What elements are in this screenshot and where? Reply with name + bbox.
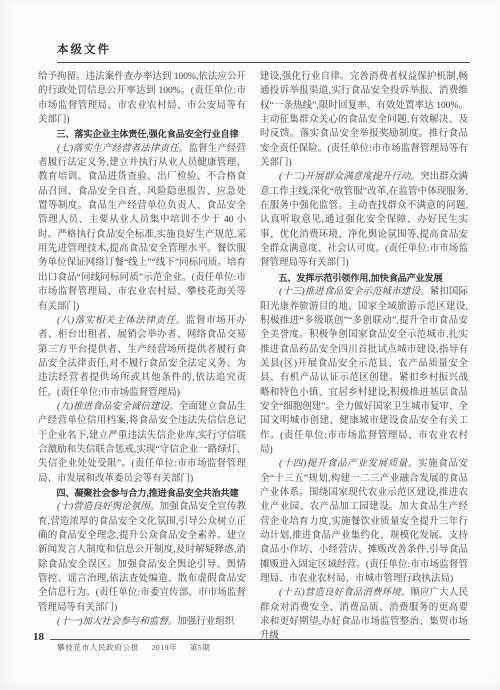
publication-issue: 第5期 [190,643,211,652]
paragraph: (十一)加大社会参与和监督。加强行业组织 [38,615,246,629]
publication-name: 攀枝花市人民政府公报 [57,643,139,652]
paragraph-lead: (七)落实生产经营者法律责任。 [57,144,188,154]
section-heading: 四、凝聚社会参与合力,推进食品安全共治共建 [38,486,246,500]
footer-rule [50,639,470,640]
section-heading: 三、落实企业主体责任,强化食品安全行业自律 [38,127,246,141]
paragraph-lead: (十二)开展群众满意度提升行动。 [279,172,420,182]
page-footer: 攀枝花市人民政府公报 2019年 第5期 [57,642,221,653]
paragraph-lead: (十五)营造良好食品消费环境。 [279,588,410,598]
paragraph: (十四)提升食品产业发展质量。实施食品安全“十三五”规划,构建一二三产业融合发展… [260,457,468,586]
paragraph: 建设,强化行业自律。完善消费者权益保护机制,畅通投诉举报渠道,实行食品安全投诉举… [260,70,468,170]
paragraph-lead: (十三)推进食品安全示范城市建设。 [279,287,430,297]
gazette-page: 本级文件 给予拘留。违法案件查办率达到 100%,依法应公开的行政处罚信息公开率… [0,0,500,690]
paragraph: (十二)开展群众满意度提升行动。突出群众满意工作主线,深化“放管服”改革,在监管… [260,170,468,270]
paragraph-lead: (十)营造良好舆论氛围。 [57,502,160,512]
section-heading: 五、发挥示范引领作用,加快食品产业发展 [260,271,468,285]
paragraph: (七)落实生产经营者法律责任。监督生产经营者履行法定义务,建立并执行从业人员健康… [38,142,246,314]
paragraph: (十)营造良好舆论氛围。加强食品安全宣传教育,营造浓厚的食品安全文化氛围,引导公… [38,500,246,615]
page-header: 本级文件 [57,40,470,63]
paragraph-lead: (八)落实相关主体法律责任。 [57,316,186,326]
paragraph: (八)落实相关主体法律责任。监督市场开办者、柜台出租者、展销会举办者、网络食品交… [38,314,246,400]
right-column: 建设,强化行业自律。完善消费者权益保护机制,畅通投诉举报渠道,实行食品安全投诉举… [260,70,468,644]
paragraph: 给予拘留。违法案件查办率达到 100%,依法应公开的行政处罚信息公开率达到 10… [38,70,246,127]
paragraph: (十五)营造良好食品消费环境。顺应广大人民群众对消费安全、消费品质、消费服务的更… [260,586,468,643]
publication-year: 2019年 [151,643,177,652]
page-number: 18 [33,631,44,643]
text-columns: 给予拘留。违法案件查办率达到 100%,依法应公开的行政处罚信息公开率达到 10… [38,70,468,644]
paragraph: (九)推进食品安全诚信建设。全面建立食品生产经营单位信用档案,将食品安全违法失信… [38,400,246,486]
paragraph-lead: (十四)提升食品产业发展质量。 [279,459,418,469]
section-rubric: 本级文件 [57,44,111,56]
paragraph: (十三)推进食品安全示范城市建设。紧扣国际阳光康养旅游目的地、国家全域旅游示范区… [260,285,468,457]
paragraph-lead: (十一)加大社会参与和监督。 [57,617,177,627]
paragraph-lead: (九)推进食品安全诚信建设。 [57,402,179,412]
left-column: 给予拘留。违法案件查办率达到 100%,依法应公开的行政处罚信息公开率达到 10… [38,70,246,644]
